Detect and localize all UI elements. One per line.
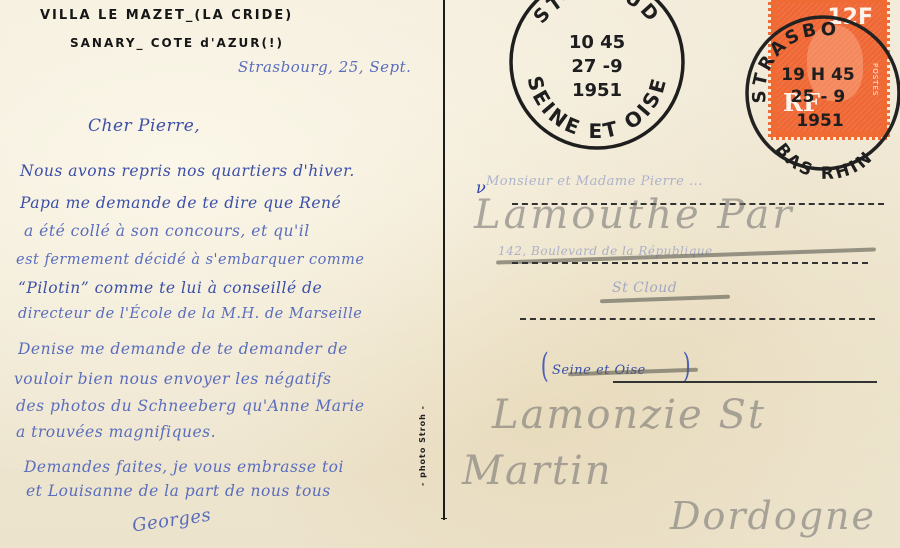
region-paren-open: ( (541, 346, 549, 386)
postmark-strasbourg: STRASBOURG BAS RHIN 19 H 45 25 - 9 1951 (738, 8, 900, 178)
date-line: Strasbourg, 25, Sept. (238, 58, 411, 76)
letter-line: des photos du Schneeberg qu'Anne Marie (16, 397, 365, 415)
svg-text:ST-CLOUD: ST-CLOUD (529, 0, 665, 28)
sender-address-line1: VILLA LE MAZET_(LA CRIDE) (40, 8, 293, 23)
postmark-date: 25 - 9 (791, 87, 845, 107)
region-paren-close: ) (683, 346, 691, 386)
letter-line: est fermement décidé à s'embarquer comme (16, 252, 364, 268)
postmark-time: 19 H 45 (781, 65, 854, 85)
postmark-time: 10 45 (569, 32, 625, 53)
postmark-town: ST-CLOUD (529, 0, 665, 28)
salutation: Cher Pierre, (88, 116, 200, 136)
letter-line: Nous avons repris nos quartiers d'hiver. (20, 162, 355, 180)
city-strikethrough (600, 295, 730, 304)
address-line-2 (512, 262, 868, 264)
postmark-date: 27 -9 (571, 56, 622, 77)
letter-line: a trouvées magnifiques. (16, 423, 216, 441)
letter-line: vouloir bien nous envoyer les négatifs (14, 370, 332, 388)
pencil-redirect-line1: Lamonzie St (492, 392, 766, 438)
svg-text:BAS RHIN: BAS RHIN (771, 140, 878, 184)
letter-line: “Pilotin” comme te lui à conseillé de (18, 279, 322, 297)
pencil-redirect-line3: Dordogne (670, 494, 876, 538)
address-line-3 (520, 318, 875, 320)
sender-address-line2: SANARY_ COTE d'AZUR(!) (70, 36, 284, 50)
pencil-redirect-line2: Martin (462, 448, 613, 494)
letter-line: et Louisanne de la part de nous tous (26, 482, 331, 500)
letter-line: Denise me demande de te demander de (18, 340, 348, 358)
postmark-year: 1951 (796, 111, 843, 131)
address-pencil-name: Lamouthe Par (474, 192, 795, 238)
center-divider (443, 0, 445, 520)
letter-line: a été collé à son concours, et qu'il (24, 222, 310, 240)
postmark-year: 1951 (572, 80, 622, 101)
postmark-st-cloud: ST-CLOUD SEINE ET OISE 10 45 27 -9 1951 (507, 0, 687, 152)
divider-tick (441, 518, 447, 519)
letter-line: Papa me demande de te dire que René (20, 194, 341, 212)
struck-city: St Cloud (612, 280, 677, 296)
signature: Georges (131, 505, 213, 537)
address-name-faint: Monsieur et Madame Pierre ... (486, 174, 703, 189)
postcard-back: VILLA LE MAZET_(LA CRIDE) SANARY_ COTE d… (0, 0, 900, 548)
address-line-4 (613, 381, 877, 383)
photo-credit: - photo Stroh - (418, 405, 427, 486)
letter-line: Demandes faites, je vous embrasse toi (24, 458, 344, 476)
postmark-region: BAS RHIN (771, 140, 878, 184)
letter-line: directeur de l'École de la M.H. de Marse… (18, 306, 362, 322)
